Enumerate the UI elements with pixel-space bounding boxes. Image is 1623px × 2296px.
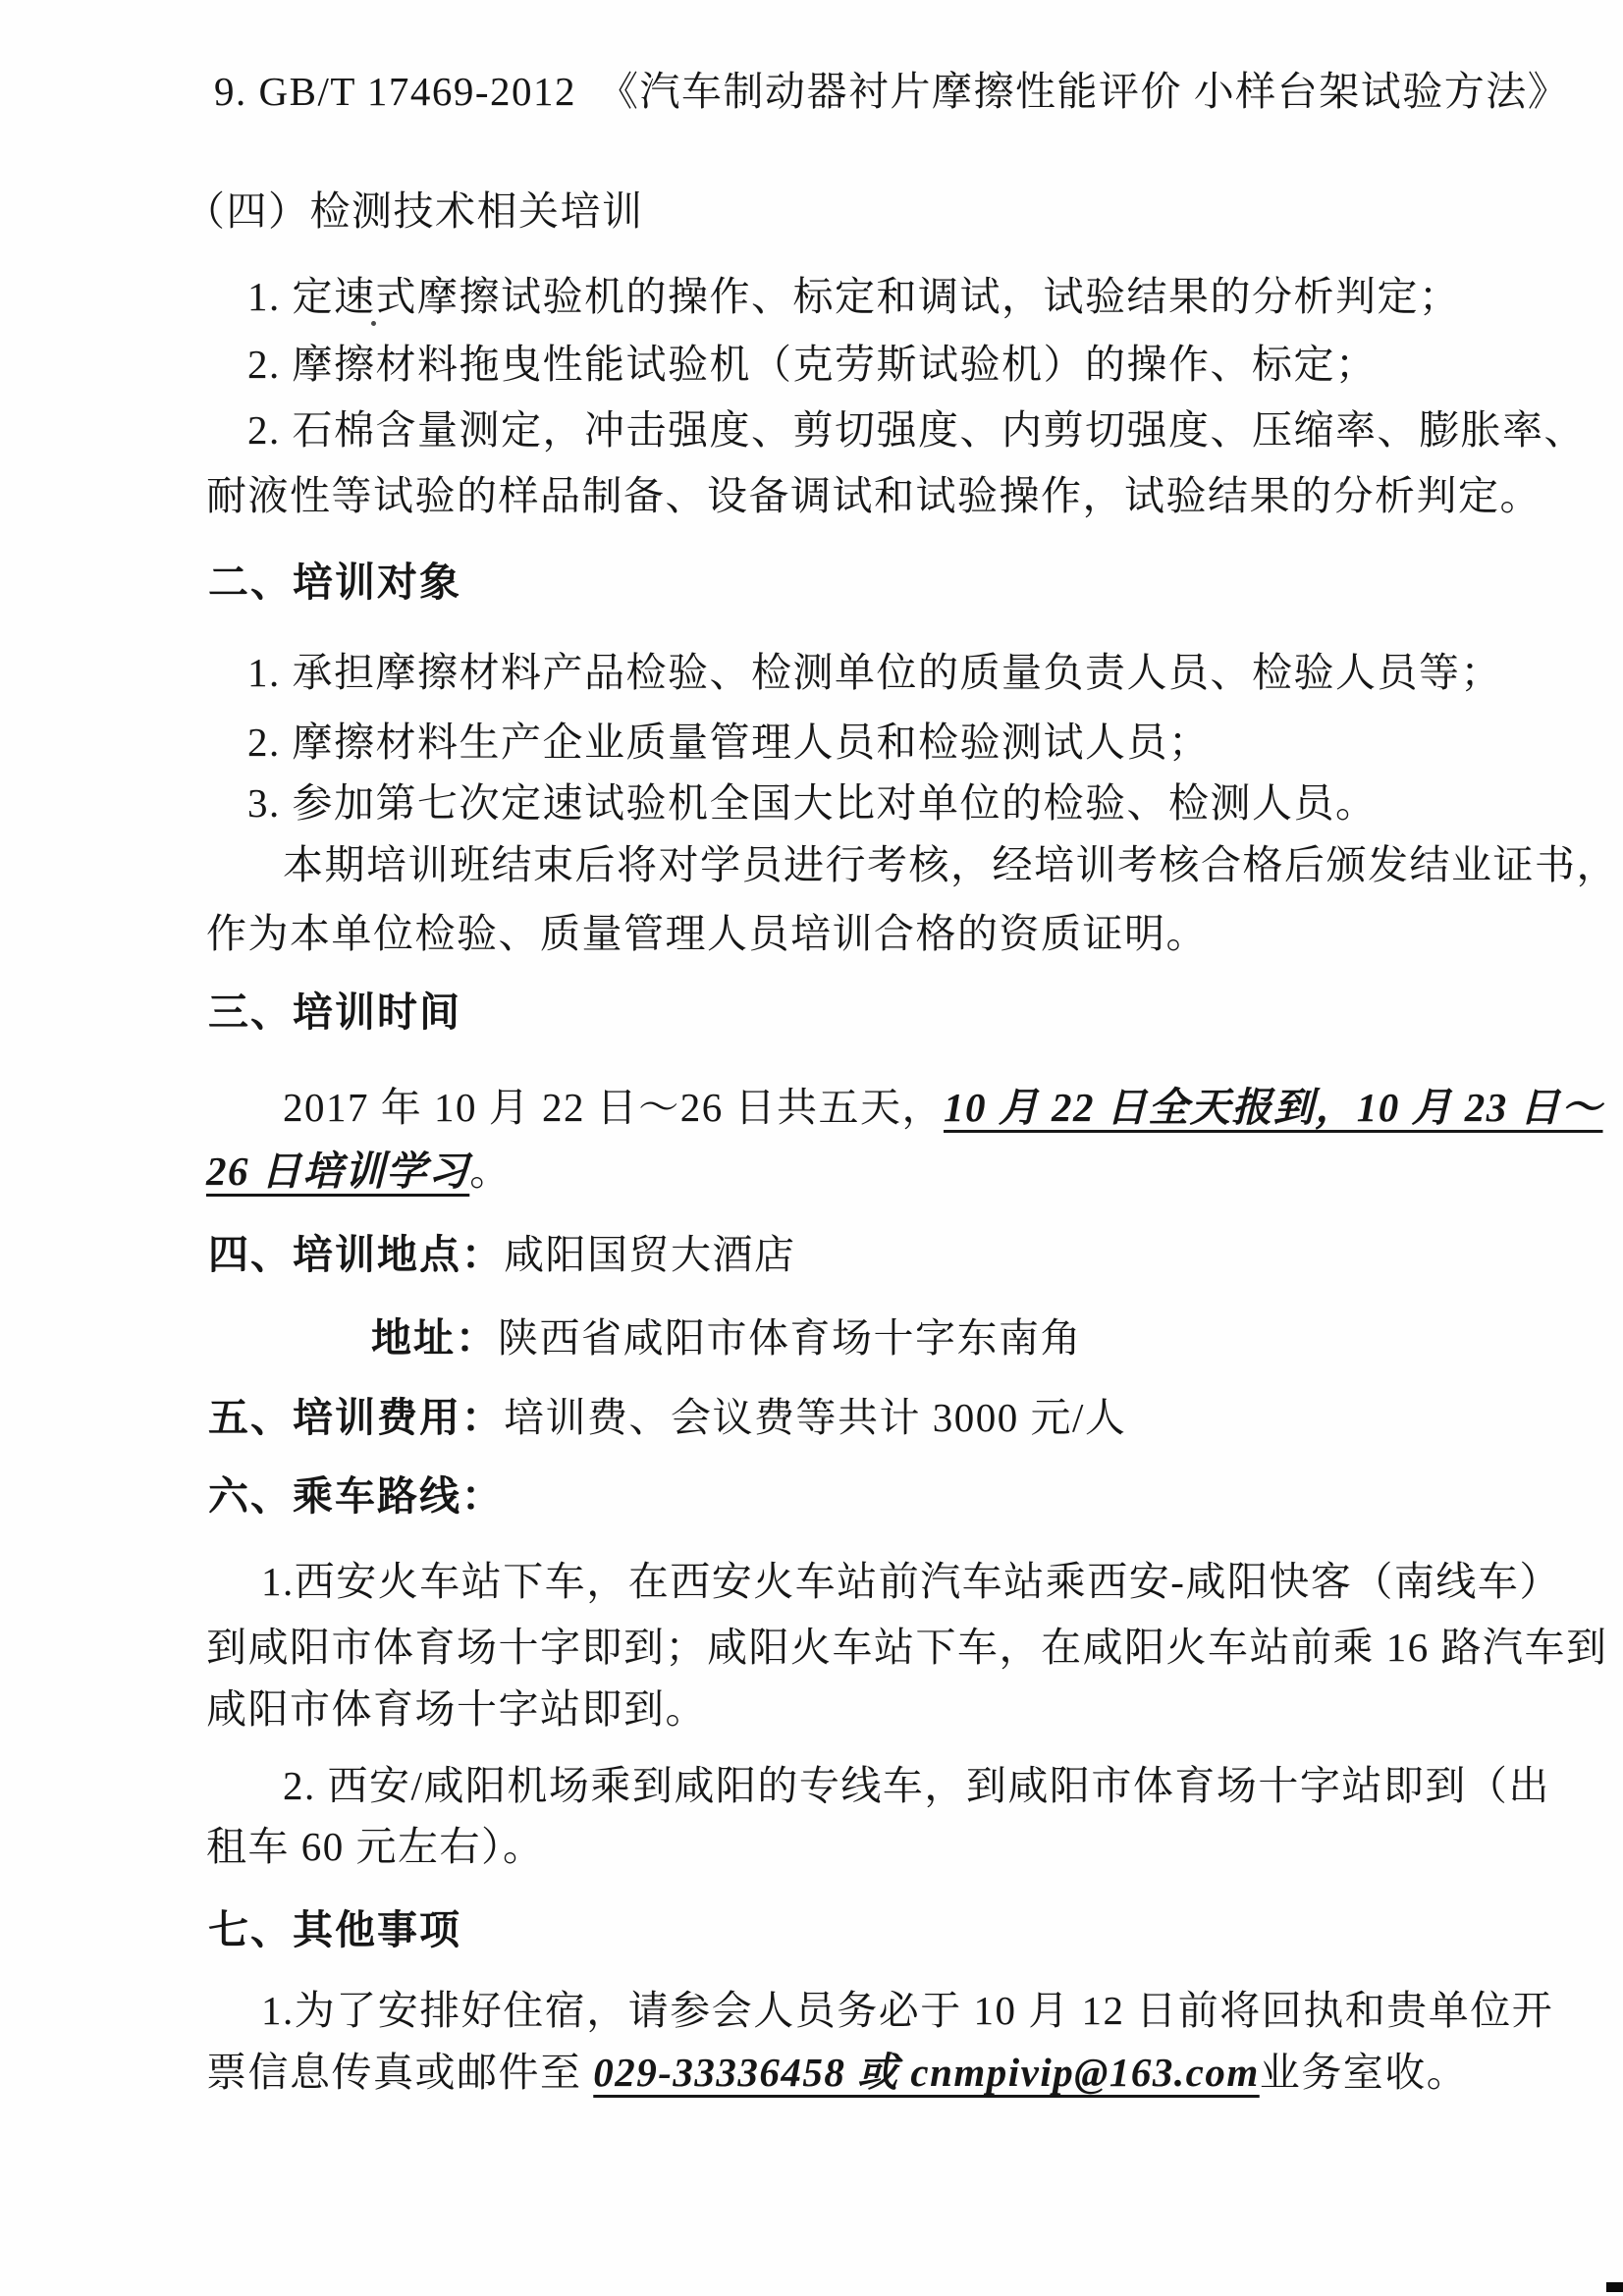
- route-item-1-line-3: 咸阳市体育场十字站即到。: [206, 1684, 707, 1735]
- scanned-training-notice-page: 9. GB/T 17469-2012 《汽车制动器衬片摩擦性能评价 小样台架试验…: [0, 0, 1623, 2296]
- testing-training-item-1: 1. 定速式摩擦试验机的操作、标定和调试，试验结果的分析判定；: [247, 272, 1461, 322]
- trainees-item-3: 3. 参加第七次定速试验机全国大比对单位的检验、检测人员。: [247, 778, 1378, 828]
- subsection-heading-testing-training: （四）检测技术相关培训: [185, 187, 644, 237]
- route-item-1-line-2: 到咸阳市体育场十字即到；咸阳火车站下车，在咸阳火车站前乘 16 路汽车到: [206, 1623, 1608, 1673]
- registration-date-emphasis: 10 月 22 日全天报到，10 月 23 日～: [944, 1085, 1603, 1130]
- scan-speck-artifact: [371, 321, 376, 326]
- study-dates-emphasis: 26 日培训学习: [206, 1148, 469, 1194]
- scan-speck-artifact: [1340, 482, 1344, 489]
- trainees-item-2: 2. 摩擦材料生产企业质量管理人员和检验测试人员；: [247, 718, 1211, 768]
- other-item-1-line-2: 票信息传真或邮件至 029-33336458 或 cnmpivip@163.co…: [206, 2048, 1468, 2098]
- standard-list-item-9: 9. GB/T 17469-2012 《汽车制动器衬片摩擦性能评价 小样台架试验…: [214, 67, 1569, 117]
- section-heading-trainees: 二、培训对象: [208, 558, 461, 608]
- scan-edge-mark: [1606, 2282, 1623, 2292]
- venue-value: 咸阳国贸大酒店: [504, 1232, 796, 1277]
- route-item-2-line-2: 租车 60 元左右）。: [206, 1822, 545, 1872]
- fee-value: 培训费、会议费等共计 3000 元/人: [504, 1395, 1126, 1440]
- route-item-1-line-1: 1.西安火车站下车，在西安火车站前汽车站乘西安-咸阳快客（南线车）: [261, 1557, 1561, 1607]
- training-time-line-1: 2017 年 10 月 22 日～26 日共五天，10 月 22 日全天报到，1…: [283, 1083, 1603, 1133]
- assessment-note-line-1: 本期培训班结束后将对学员进行考核，经培训考核合格后颁发结业证书，: [283, 840, 1618, 890]
- address-line: 地址：陕西省咸阳市体育场十字东南角: [371, 1313, 1082, 1363]
- testing-training-item-3-line-1: 2. 石棉含量测定，冲击强度、剪切强度、内剪切强度、压缩率、膨胀率、: [247, 405, 1586, 455]
- period-mark: 。: [469, 1148, 512, 1194]
- address-value: 陕西省咸阳市体育场十字东南角: [498, 1315, 1082, 1361]
- trainees-item-1: 1. 承担摩擦材料产品检验、检测单位的质量负责人员、检验人员等；: [247, 648, 1502, 698]
- section-heading-bus-routes: 六、乘车路线：: [208, 1471, 504, 1522]
- section-heading-other-matters: 七、其他事项: [208, 1905, 461, 1955]
- training-dates-text: 2017 年 10 月 22 日～26 日共五天，: [283, 1085, 944, 1130]
- assessment-note-line-2: 作为本单位检验、质量管理人员培训合格的资质证明。: [206, 909, 1208, 959]
- fax-email-suffix-text: 业务室收。: [1260, 2050, 1469, 2095]
- fax-email-contact-emphasis: 029-33336458 或 cnmpivip@163.com: [593, 2050, 1259, 2095]
- fee-label: 五、培训费用：: [208, 1395, 504, 1440]
- address-label: 地址：: [371, 1315, 498, 1361]
- fee-line: 五、培训费用：培训费、会议费等共计 3000 元/人: [208, 1393, 1126, 1443]
- route-item-2-line-1: 2. 西安/咸阳机场乘到咸阳的专线车，到咸阳市体育场十字站即到（出: [283, 1761, 1550, 1811]
- testing-training-item-3-line-2: 耐液性等试验的样品制备、设备调试和试验操作，试验结果的分析判定。: [206, 471, 1542, 521]
- training-time-line-2: 26 日培训学习。: [206, 1147, 512, 1197]
- testing-training-item-2: 2. 摩擦材料拖曳性能试验机（克劳斯试验机）的操作、标定；: [247, 340, 1378, 390]
- venue-label: 四、培训地点：: [208, 1232, 504, 1277]
- venue-line: 四、培训地点：咸阳国贸大酒店: [208, 1230, 796, 1280]
- fax-email-intro-text: 票信息传真或邮件至: [206, 2050, 593, 2095]
- section-heading-training-time: 三、培训时间: [208, 988, 461, 1038]
- other-item-1-line-1: 1.为了安排好住宿，请参会人员务必于 10 月 12 日前将回执和贵单位开: [261, 1986, 1553, 2036]
